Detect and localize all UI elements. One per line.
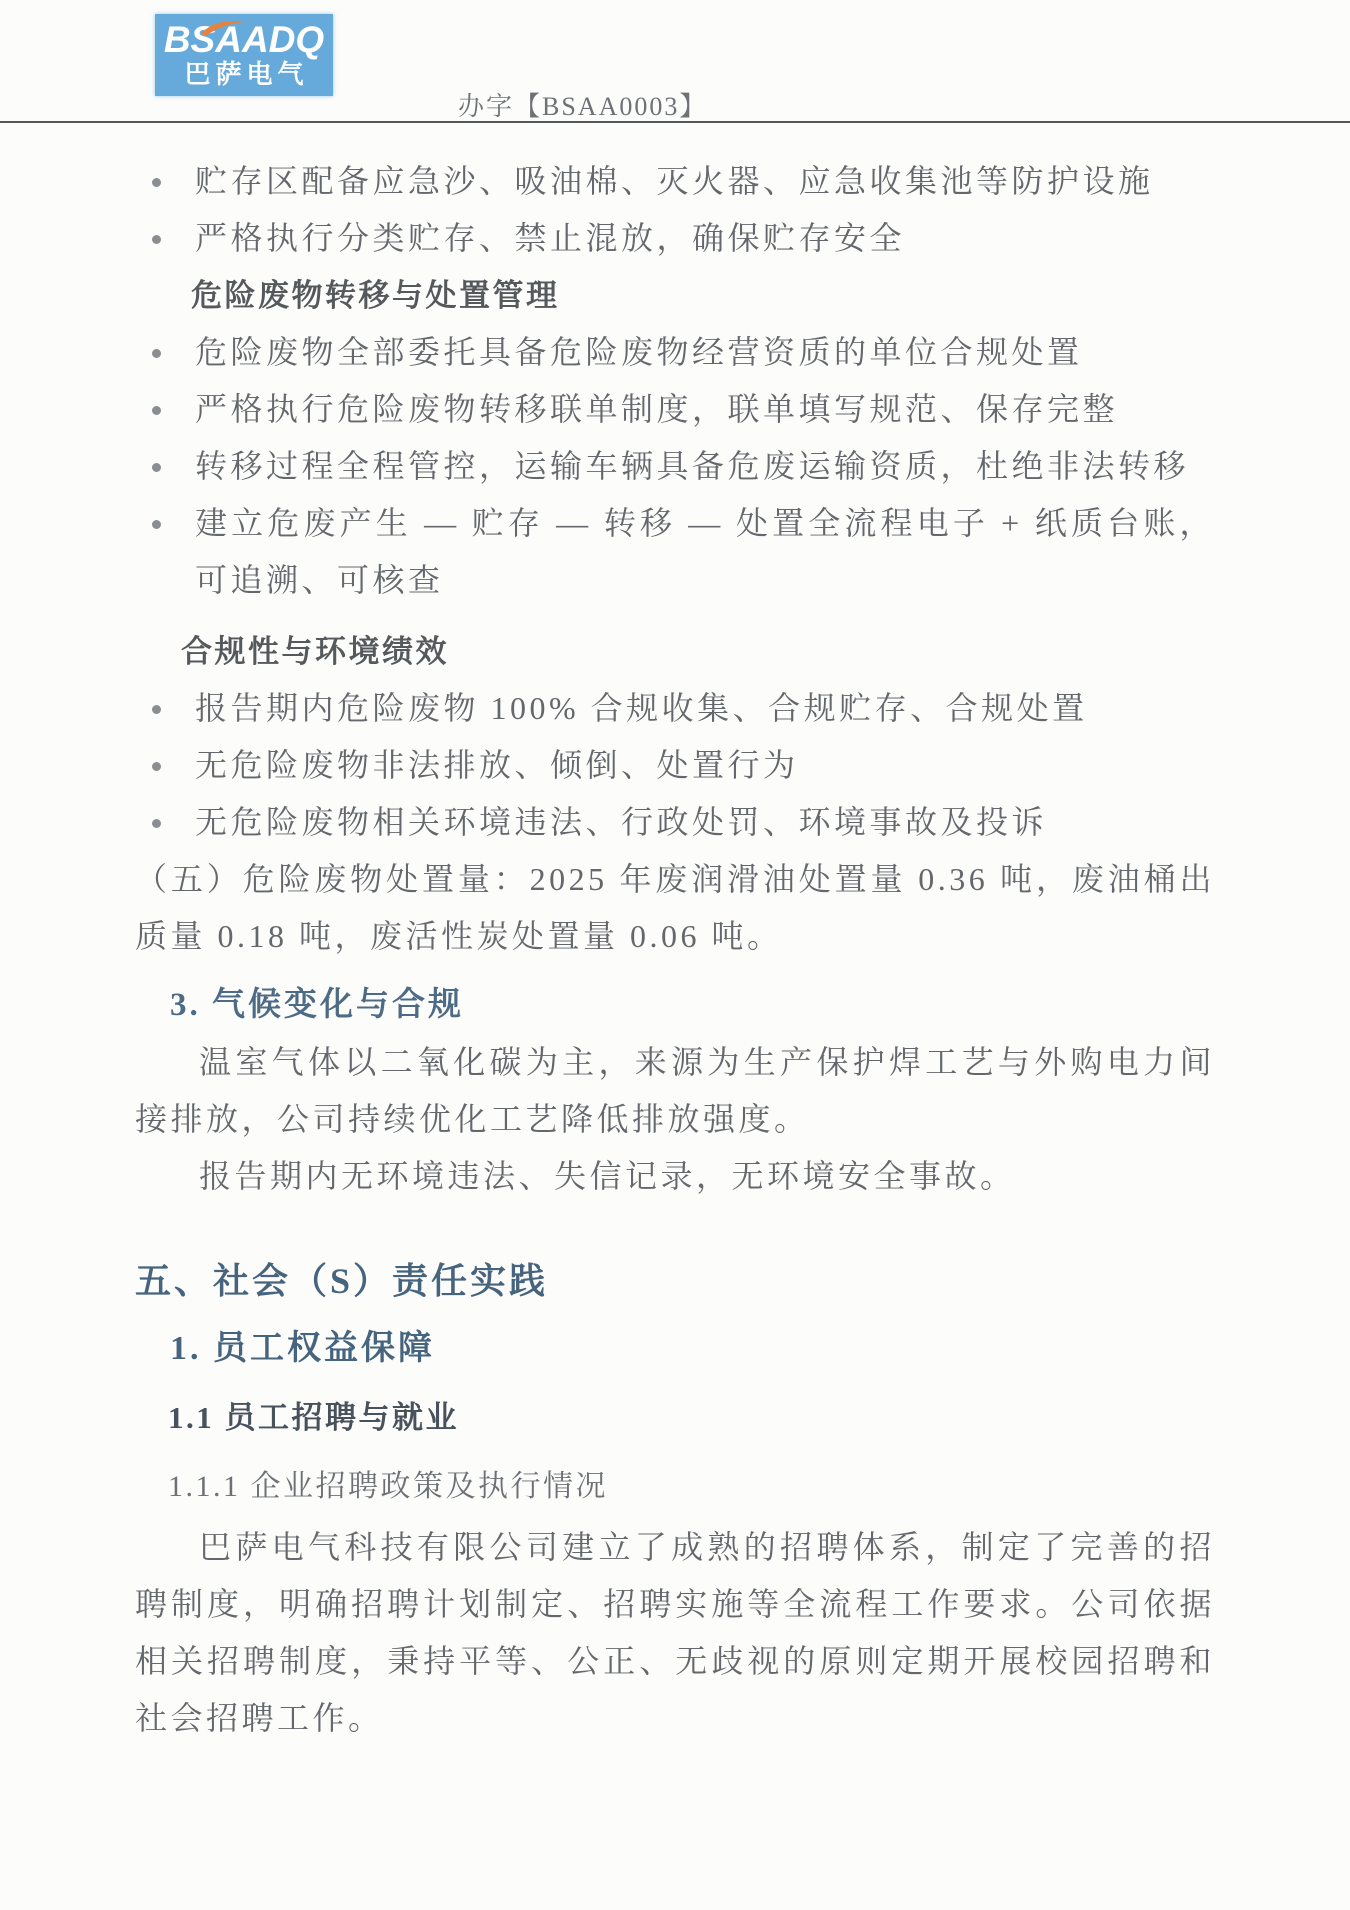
climate-section-heading: 3. 气候变化与合规 — [170, 977, 1215, 1034]
bullet-icon — [152, 762, 161, 771]
bullet-icon — [152, 520, 161, 529]
climate-paragraph-2: 报告期内无环境违法、失信记录，无环境安全事故。 — [135, 1148, 1215, 1205]
bullet-icon — [152, 819, 161, 828]
list-item: 报告期内危险废物 100% 合规收集、合规贮存、合规处置 — [135, 680, 1215, 737]
list-item: 贮存区配备应急沙、吸油棉、灭火器、应急收集池等防护设施 — [135, 153, 1215, 210]
list-item-text: 严格执行危险废物转移联单制度，联单填写规范、保存完整 — [161, 381, 1215, 438]
list-item-text: 严格执行分类贮存、禁止混放，确保贮存安全 — [161, 210, 1215, 267]
list-item-text: 无危险废物相关环境违法、行政处罚、环境事故及投诉 — [161, 794, 1215, 851]
bullet-icon — [152, 463, 161, 472]
transfer-section-heading: 危险废物转移与处置管理 — [191, 267, 1215, 324]
logo-swoosh-icon — [199, 17, 247, 42]
list-item-text: 报告期内危险废物 100% 合规收集、合规贮存、合规处置 — [161, 680, 1215, 737]
recruitment-heading: 1.1 员工招聘与就业 — [168, 1389, 1215, 1446]
compliance-section-heading: 合规性与环境绩效 — [181, 623, 1215, 680]
climate-paragraph-1: 温室气体以二氧化碳为主，来源为生产保护焊工艺与外购电力间接排放，公司持续优化工艺… — [135, 1034, 1215, 1148]
document-body: 贮存区配备应急沙、吸油棉、灭火器、应急收集池等防护设施 严格执行分类贮存、禁止混… — [135, 153, 1215, 1747]
company-logo: BSAADQ 巴萨电气 — [155, 14, 333, 96]
logo-text-cn: 巴萨电气 — [155, 59, 333, 89]
page-header: BSAADQ 巴萨电气 办字【BSAA0003】 — [0, 0, 1350, 123]
recruitment-policy-heading: 1.1.1 企业招聘政策及执行情况 — [168, 1458, 1215, 1515]
list-item-text: 转移过程全程管控，运输车辆具备危废运输资质，杜绝非法转移 — [161, 438, 1215, 495]
list-item: 转移过程全程管控，运输车辆具备危废运输资质，杜绝非法转移 — [135, 438, 1215, 495]
storage-bullet-list: 贮存区配备应急沙、吸油棉、灭火器、应急收集池等防护设施 严格执行分类贮存、禁止混… — [135, 153, 1215, 267]
compliance-bullet-list: 报告期内危险废物 100% 合规收集、合规贮存、合规处置 无危险废物非法排放、倾… — [135, 680, 1215, 851]
list-item: 无危险废物非法排放、倾倒、处置行为 — [135, 737, 1215, 794]
transfer-bullet-list: 危险废物全部委托具备危险废物经营资质的单位合规处置 严格执行危险废物转移联单制度… — [135, 324, 1215, 609]
employee-rights-heading: 1. 员工权益保障 — [170, 1319, 1215, 1379]
bullet-icon — [152, 349, 161, 358]
recruitment-paragraph: 巴萨电气科技有限公司建立了成熟的招聘体系，制定了完善的招聘制度，明确招聘计划制定… — [135, 1519, 1215, 1747]
list-item-text: 建立危废产生 — 贮存 — 转移 — 处置全流程电子 + 纸质台账，可追溯、可核… — [161, 495, 1215, 609]
bullet-icon — [152, 178, 161, 187]
list-item: 无危险废物相关环境违法、行政处罚、环境事故及投诉 — [135, 794, 1215, 851]
disposal-volume-paragraph: （五）危险废物处置量：2025 年废润滑油处置量 0.36 吨，废油桶出质量 0… — [135, 851, 1215, 965]
bullet-icon — [152, 406, 161, 415]
document-page: BSAADQ 巴萨电气 办字【BSAA0003】 贮存区配备应急沙、吸油棉、灭火… — [0, 0, 1350, 1910]
social-chapter-heading: 五、社会（S）责任实践 — [135, 1251, 1215, 1311]
list-item: 严格执行危险废物转移联单制度，联单填写规范、保存完整 — [135, 381, 1215, 438]
list-item: 建立危废产生 — 贮存 — 转移 — 处置全流程电子 + 纸质台账，可追溯、可核… — [135, 495, 1215, 609]
list-item-text: 危险废物全部委托具备危险废物经营资质的单位合规处置 — [161, 324, 1215, 381]
list-item: 危险废物全部委托具备危险废物经营资质的单位合规处置 — [135, 324, 1215, 381]
list-item-text: 无危险废物非法排放、倾倒、处置行为 — [161, 737, 1215, 794]
document-number: 办字【BSAA0003】 — [458, 86, 707, 123]
bullet-icon — [152, 705, 161, 714]
list-item: 严格执行分类贮存、禁止混放，确保贮存安全 — [135, 210, 1215, 267]
bullet-icon — [152, 235, 161, 244]
list-item-text: 贮存区配备应急沙、吸油棉、灭火器、应急收集池等防护设施 — [161, 153, 1215, 210]
